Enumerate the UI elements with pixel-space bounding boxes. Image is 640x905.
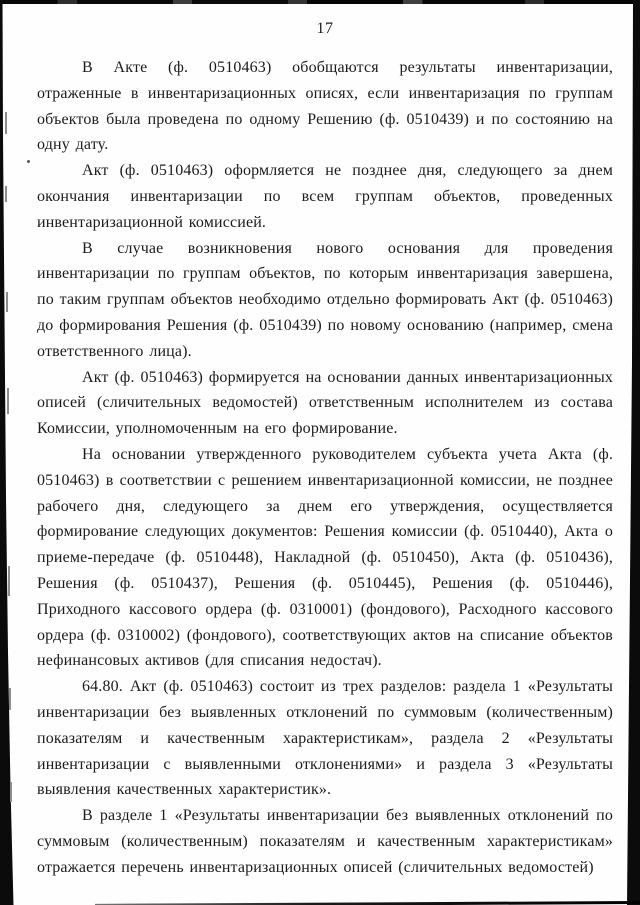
page-number: 17 bbox=[37, 20, 613, 38]
scan-edge-left-artifact bbox=[0, 0, 14, 905]
scan-tick-artifact bbox=[7, 388, 9, 414]
scan-edge-bottom-artifact bbox=[95, 901, 640, 905]
paragraph-2: Акт (ф. 0510463) оформляется не позднее … bbox=[37, 158, 613, 235]
scan-edge-right-artifact bbox=[626, 0, 640, 905]
paragraph-1: В Акте (ф. 0510463) обобщаются результат… bbox=[37, 55, 613, 158]
scan-tick-artifact bbox=[9, 688, 11, 710]
paragraph-7: В разделе 1 «Результаты инвентаризации б… bbox=[37, 803, 613, 880]
paragraph-5: На основании утвержденного руководителем… bbox=[37, 442, 613, 674]
paragraph-3: В случае возникновения нового основания … bbox=[37, 236, 613, 365]
paragraph-6: 64.80. Акт (ф. 0510463) состоит из трех … bbox=[37, 674, 613, 803]
scan-edge-top-artifact bbox=[0, 0, 640, 4]
document-body: В Акте (ф. 0510463) обобщаются результат… bbox=[37, 55, 613, 881]
scanned-document-page: 17 В Акте (ф. 0510463) обобщаются резуль… bbox=[0, 0, 640, 905]
scan-tick-artifact bbox=[10, 782, 12, 802]
scan-tick-artifact bbox=[5, 186, 7, 202]
paragraph-4: Акт (ф. 0510463) формируется на основани… bbox=[37, 365, 613, 442]
scan-speck-artifact bbox=[27, 160, 30, 163]
scan-tick-artifact bbox=[5, 112, 7, 134]
scan-tick-artifact bbox=[8, 566, 10, 596]
scan-tick-artifact bbox=[6, 292, 8, 312]
